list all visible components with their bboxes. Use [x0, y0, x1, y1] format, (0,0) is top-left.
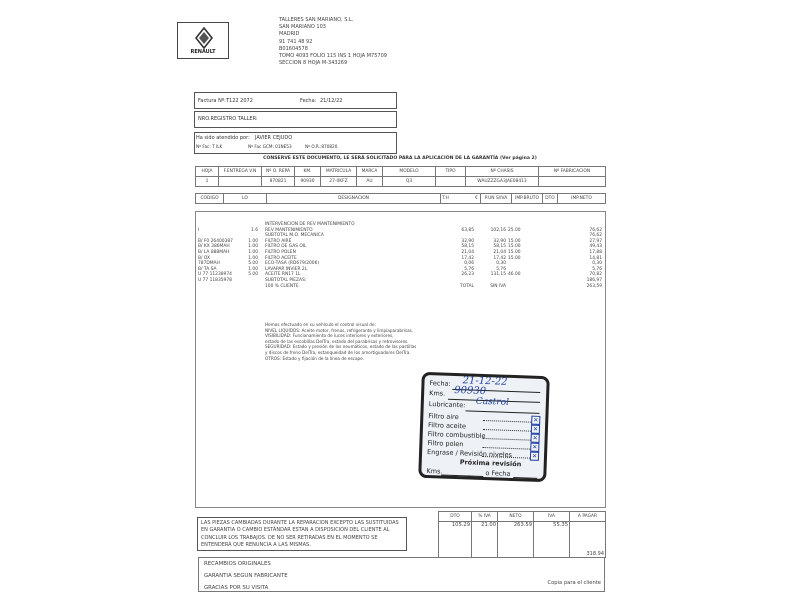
- cell-matricula: 27-0KFZ: [321, 177, 357, 187]
- header-cell: CODIGO: [196, 194, 224, 204]
- footer-box: RECAMBIOS ORIGINALES GARANTIA SEGUN FABR…: [198, 557, 605, 592]
- stamp-check-label: Filtro aire: [428, 412, 459, 421]
- totals-iva-pct: 21.00: [472, 522, 498, 558]
- invoice-date-label: Fecha:: [300, 98, 316, 104]
- header-cell: F.ENTREGA V.N: [219, 167, 262, 177]
- amount-due: 318.94: [570, 522, 606, 558]
- header-cell: IMP.NETO: [558, 194, 606, 204]
- totals-neto: 263.59: [498, 522, 534, 558]
- invoice-number-label: Factura Nº:: [198, 98, 226, 104]
- company-line: 91 741 48 92: [279, 39, 387, 46]
- registry-box: NRO.REGISTRO TALLER:: [194, 111, 397, 128]
- cell-marca: AU: [357, 177, 383, 187]
- cell-entrega: [219, 177, 262, 187]
- attended-label: Ha sido atendido por:: [196, 135, 250, 141]
- logo-label: RENAULT: [178, 49, 228, 55]
- footer-lines: RECAMBIOS ORIGINALES GARANTIA SEGUN FABR…: [204, 558, 288, 594]
- header-cell: T.H: [441, 194, 474, 204]
- items-list: INTERVENCION DE REV MANTENIMIENTOI1.6REV…: [196, 222, 605, 302]
- cell-km: 90930: [295, 177, 321, 187]
- cell-repa: 870821: [262, 177, 295, 187]
- company-line: B01604578: [279, 46, 387, 53]
- stamp-next-kms-label: Kms.: [426, 467, 442, 476]
- stamp-checkbox: ✕: [531, 425, 540, 434]
- header-cell: Nº CHASIS: [466, 167, 539, 177]
- header-cell: Nº O. REPA: [262, 167, 295, 177]
- company-line: TOMO 4093 FOLIO 115 INS 1 HOJA M75709: [279, 53, 387, 60]
- inspection-note: Hemos efectuado en su vehículo el contro…: [265, 322, 416, 361]
- company-line: SECCION 8 HOJA M-343269: [279, 60, 387, 67]
- stamp-checkbox: ✕: [530, 443, 539, 452]
- registry-label: NRO.REGISTRO TALLER:: [198, 116, 258, 122]
- header-cell: DESIGNACION: [267, 194, 441, 204]
- stamp-lubricant-label: Lubricante:: [429, 400, 466, 409]
- cell-desc: 100 % CLIENTE: [265, 284, 425, 290]
- stamp-kms-label: Kms.: [429, 389, 445, 398]
- header-cell: Nº FABRICACION: [539, 167, 606, 177]
- attended-by: JAVIER CEJUDO: [255, 135, 292, 141]
- vehicle-table-header: HOJA F.ENTREGA V.N Nº O. REPA KM. MATRIC…: [196, 167, 606, 177]
- stamp-next-label: Próxima revisión: [460, 458, 522, 468]
- cell-unit: TOTAL: [446, 284, 474, 290]
- totals-header: % IVA: [472, 512, 498, 522]
- cell-fabricacion: [539, 177, 606, 187]
- stamp-check-label: Filtro aceite: [428, 421, 466, 430]
- cell-net: 263,59: [566, 284, 602, 290]
- header-cell: DTO: [543, 194, 558, 204]
- header-cell: €: [473, 194, 481, 204]
- header-cell: LO: [224, 194, 267, 204]
- or-number: Nº O.R.:870820: [305, 144, 337, 150]
- vehicle-table: HOJA F.ENTREGA V.N Nº O. REPA KM. MATRIC…: [195, 166, 606, 187]
- invoice-number: T122 2072: [226, 98, 253, 104]
- stamp-check-label: Filtro polen: [427, 439, 463, 448]
- company-line: MADRID: [279, 31, 387, 38]
- footer-line: GRACIAS POR SU VISITA: [204, 582, 288, 594]
- totals-dto: 105.29: [439, 522, 472, 558]
- header-cell: P.UN S/IVA: [481, 194, 512, 204]
- cell-hoja: 1: [196, 177, 219, 187]
- invoice-number-box: Factura Nº: T122 2072 Fecha: 21/12/22: [194, 92, 397, 109]
- inspection-line: y discos de freno DelTra, estanqueidad d…: [265, 350, 416, 356]
- header-cell: HOJA: [196, 167, 219, 177]
- stamp-kms-value: 90930: [454, 385, 486, 397]
- parts-notice-text: LAS PIEZAS CAMBIADAS DURANTE LA REPARACI…: [201, 520, 401, 550]
- cell-gross: SIN IVA: [478, 284, 506, 290]
- inspection-line: OTROS: Estado y fijación de la línea de …: [265, 356, 416, 362]
- company-info: TALLERES SAN MARIANO, S.L. SAN MARIANO 1…: [279, 17, 387, 67]
- totals-header: NETO: [498, 512, 534, 522]
- stamp-next-date-label: o Fecha: [485, 469, 510, 478]
- stamp-checkbox: ✕: [531, 416, 540, 425]
- footer-line: RECAMBIOS ORIGINALES: [204, 558, 288, 570]
- company-line: TALLERES SAN MARIANO, S.L.: [279, 17, 387, 24]
- stamp-date-label: Fecha:: [429, 379, 451, 388]
- maintenance-stamp: Fecha: 21-12-22 Kms. 90930 Lubricante: C…: [418, 372, 550, 482]
- footer-line: GARANTIA SEGUN FABRICANTE: [204, 570, 288, 582]
- renault-diamond-icon: [195, 27, 213, 49]
- totals-header: IVA: [534, 512, 570, 522]
- header-cell: MATRICULA: [321, 167, 357, 177]
- cell-tipo: [436, 177, 466, 187]
- header-cell: MODELO: [383, 167, 436, 177]
- renault-logo: RENAULT: [177, 22, 229, 59]
- header-cell: TIPO: [436, 167, 466, 177]
- stamp-checkbox: ✕: [530, 434, 539, 443]
- totals-header: DTO: [439, 512, 472, 522]
- cell-chasis: WAUZZZGA3JAE08413: [466, 177, 539, 187]
- items-table-header: CODIGO LO DESIGNACION T.H € P.UN S/IVA I…: [195, 193, 606, 204]
- header-cell: IMP.BRUTO: [512, 194, 543, 204]
- fac-t: Nº Fac: T ILK: [196, 144, 222, 150]
- totals-iva: 55.35: [534, 522, 570, 558]
- invoice-date: 21/12/22: [320, 98, 342, 104]
- attended-box: Ha sido atendido por: JAVIER CEJUDO Nº F…: [194, 132, 397, 154]
- fac-gcm: Nº Fac GCM: 01NE53: [248, 144, 292, 150]
- header-cell: MARCA: [357, 167, 383, 177]
- stamp-checkbox: ✕: [530, 452, 539, 461]
- table-row: 100 % CLIENTETOTALSIN IVA263,59: [196, 284, 605, 290]
- totals-table: DTO % IVA NETO IVA A PAGAR 105.29 21.00 …: [438, 511, 606, 558]
- header-cell: KM.: [295, 167, 321, 177]
- warranty-notice: CONSERVE ESTE DOCUMENTO, LE SERÁ SOLICIT…: [194, 156, 606, 161]
- copy-label: Copia para el cliente: [547, 577, 601, 589]
- totals-header: A PAGAR: [570, 512, 606, 522]
- vehicle-table-row: 1 870821 90930 27-0KFZ AU Q3 WAUZZZGA3JA…: [196, 177, 606, 187]
- cell-modelo: Q3: [383, 177, 436, 187]
- stamp-lubricant-value: Castrol: [476, 397, 509, 408]
- company-line: SAN MARIANO 103: [279, 24, 387, 31]
- parts-notice: LAS PIEZAS CAMBIADAS DURANTE LA REPARACI…: [197, 517, 407, 551]
